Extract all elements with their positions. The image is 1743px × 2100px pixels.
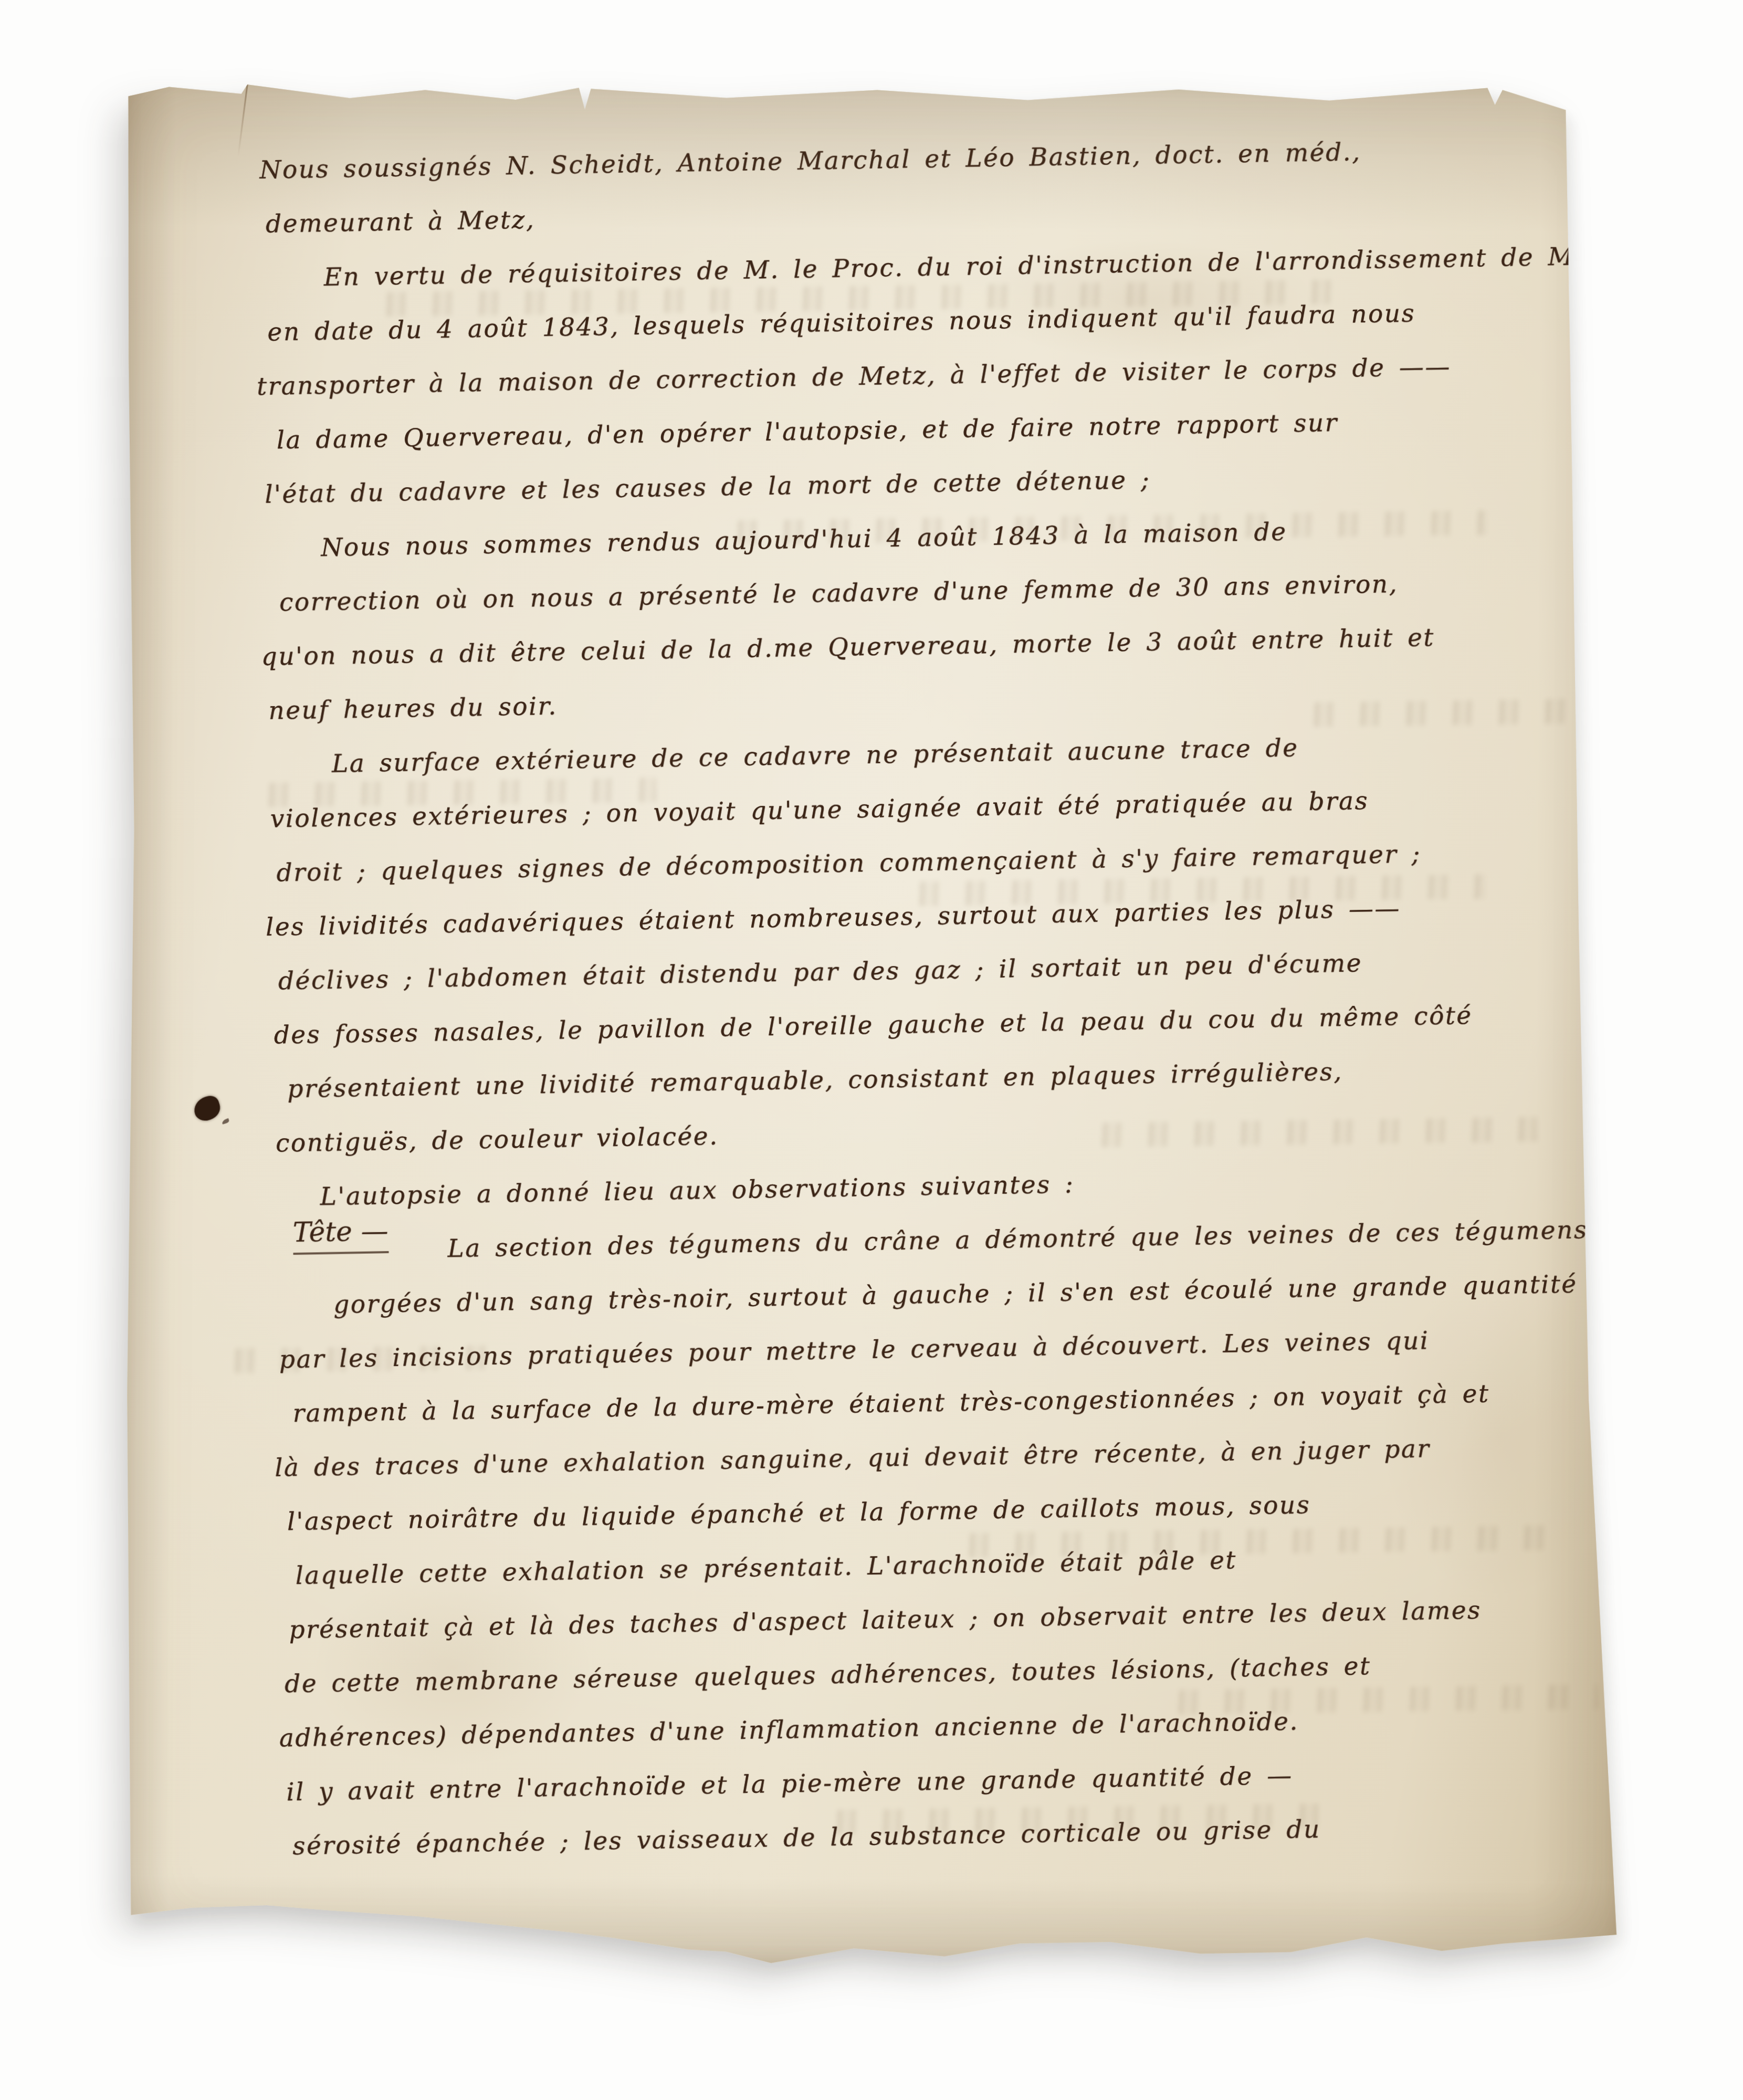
- manuscript-page: Tête — Nous soussignés N. Scheidt, Antoi…: [115, 76, 1631, 1967]
- paper-tear: [237, 78, 249, 156]
- photo-background: Tête — Nous soussignés N. Scheidt, Antoi…: [0, 0, 1743, 2100]
- manuscript-page-wrap: Tête — Nous soussignés N. Scheidt, Antoi…: [115, 76, 1631, 1967]
- ink-blot: [191, 1094, 223, 1123]
- manuscript-text: Tête — Nous soussignés N. Scheidt, Antoi…: [259, 121, 1631, 1873]
